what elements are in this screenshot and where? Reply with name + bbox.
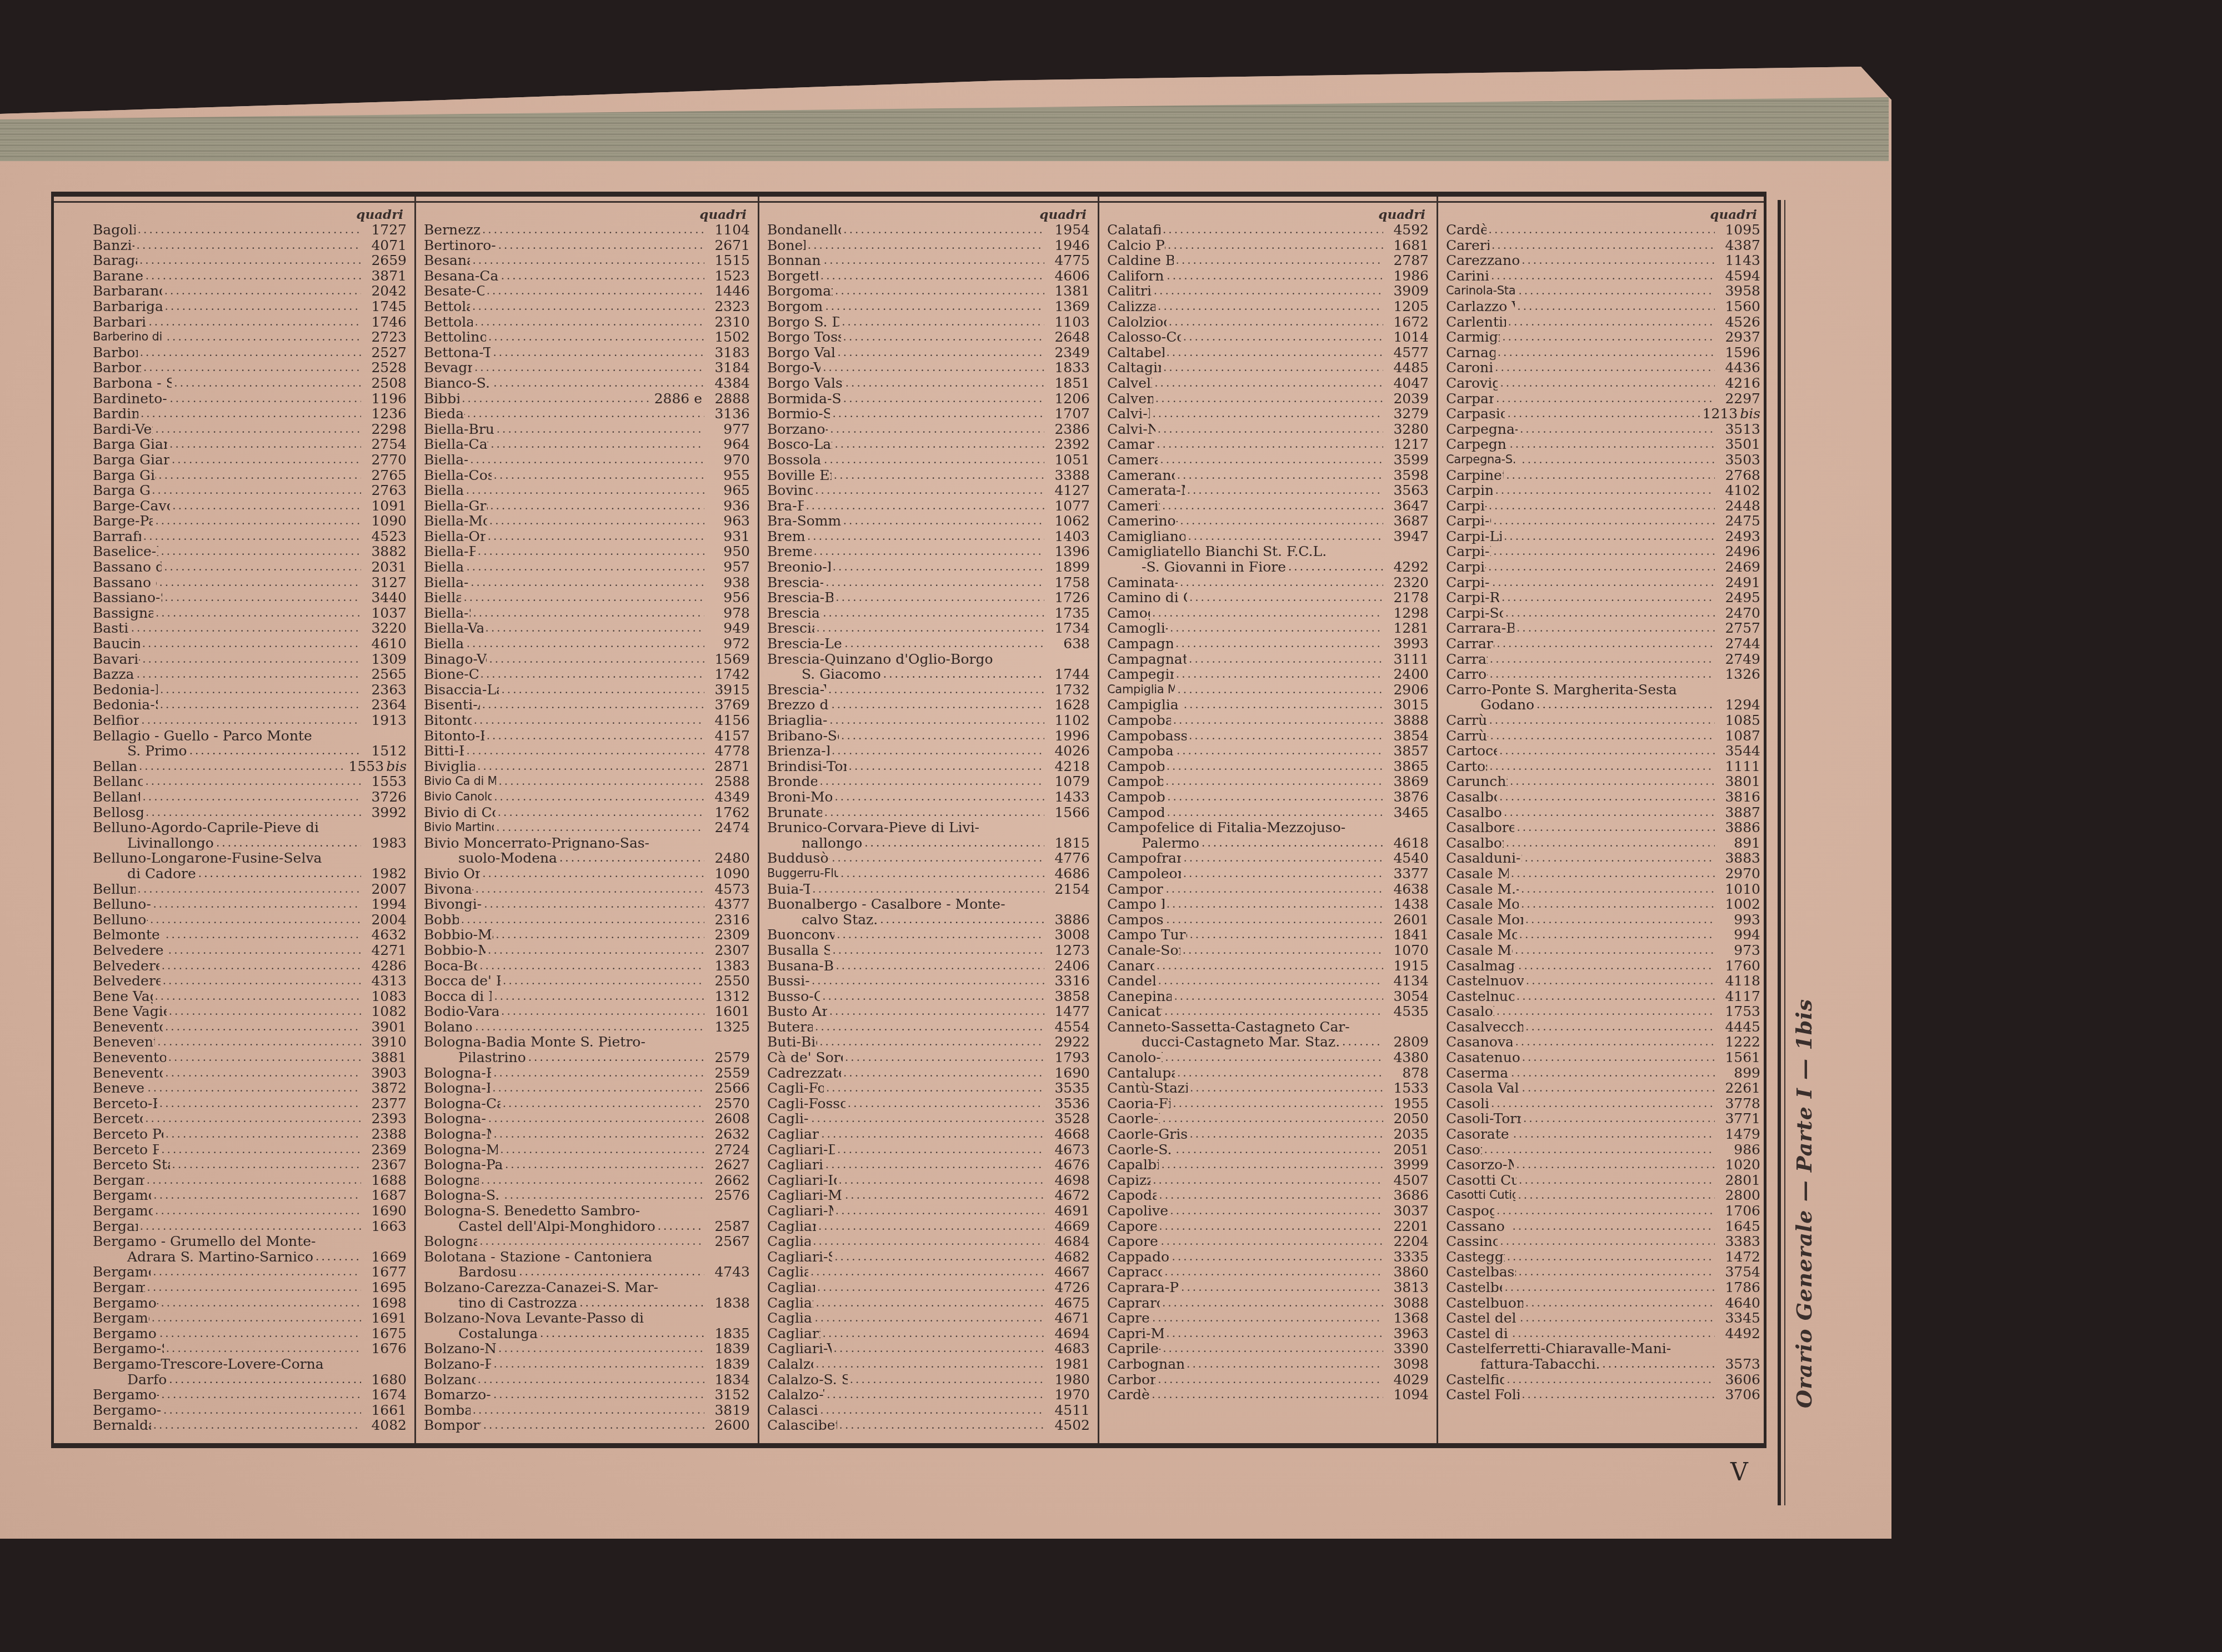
table-number: 3647 [1385, 498, 1429, 514]
table-number: 2364 [363, 697, 407, 713]
leader-dots [1508, 314, 1715, 330]
index-column-3: quadri Bondanello-Gonzaga Stazione1954Bo… [759, 197, 1099, 1443]
index-entry: Carpi-Cavezzo2448 [1446, 498, 1760, 514]
table-number-value: 4540 [1393, 850, 1429, 866]
station-name: Belfiore-Caldiero [93, 713, 139, 728]
leader-dots [501, 268, 704, 284]
leader-dots [473, 605, 704, 621]
table-number: 2470 [1717, 605, 1760, 621]
table-number-value: 1955 [1393, 1095, 1429, 1112]
leader-dots [823, 605, 1044, 621]
index-entry: Brescia-Quinzano d'Oglio-BorgoS. Giacomo… [767, 652, 1090, 682]
leader-dots [486, 620, 704, 636]
table-number: 1661 [363, 1403, 407, 1418]
table-number: 1051 [1047, 452, 1090, 468]
table-number-value: 2937 [1725, 329, 1760, 345]
table-number-value: 1695 [371, 1279, 407, 1295]
leader-dots [808, 238, 1044, 253]
table-number-value: 1515 [714, 252, 750, 268]
table-number-value: 2576 [714, 1187, 750, 1203]
station-name: Bergamo-Selino-Rota Imagna [93, 1341, 164, 1356]
table-number: 2480 [707, 850, 750, 866]
index-entry: Borgo S. Dalmazzo-Entraque1103 [767, 314, 1090, 330]
station-name: Bisaccia-Lacedonia-Rocchetta [424, 682, 499, 698]
station-name: Caronia-Stazione [1446, 360, 1493, 376]
index-entry: Camerano-Ancona3599 [1107, 452, 1429, 468]
table-number-value: 1087 [1725, 728, 1760, 744]
leader-dots [161, 1295, 361, 1311]
station-name: Cassino Alvito-Sora [1446, 1234, 1498, 1249]
leader-dots [1163, 222, 1383, 238]
leader-dots [1499, 789, 1715, 805]
leader-dots [829, 1004, 1044, 1019]
table-number: 4775 [1047, 253, 1090, 268]
table-number: 4592 [1385, 222, 1429, 238]
station-name: Castelbelforte-Verona [1446, 1280, 1502, 1295]
table-number: 1675 [363, 1326, 407, 1341]
leader-dots [482, 866, 704, 882]
station-name: Bitonto-Bitetto-Adelfia [424, 728, 484, 744]
table-number: 1672 [1385, 314, 1429, 330]
table-number-value: 4492 [1725, 1325, 1760, 1341]
index-entry: Bettona-Torgiano-Perugia3183 [424, 345, 750, 361]
station-name: Biella-Pollone [424, 559, 464, 575]
leader-dots [169, 391, 361, 407]
table-number: 3865 [1385, 759, 1429, 774]
index-entry: Capizzi-Cerami4507 [1107, 1173, 1429, 1188]
table-number: 3220 [363, 620, 407, 636]
index-entry: Bergamo-Selino-Rota Imagna1676 [93, 1341, 407, 1356]
table-number-value: 2470 [1725, 605, 1760, 621]
table-number-value: 994 [1734, 927, 1760, 943]
station-name: Canneto-Sassetta-Castagneto Car- [1107, 1019, 1429, 1035]
index-entry: Bobbio-Marsaglia-Ruffinati2309 [424, 927, 750, 943]
station-name: Carbone-Fardella [1107, 1372, 1155, 1388]
leader-dots [1524, 850, 1715, 866]
index-entry: Carrù-Fossano1085 [1446, 713, 1760, 728]
station-name: Bergamo-Calcio-Chiari [93, 1188, 151, 1203]
index-entry: Berceto Poggio-Fornovo Taro2388 [93, 1127, 407, 1142]
index-entry: Campagna-Eboli Stazione3993 [1107, 636, 1429, 652]
table-number: 3184 [707, 360, 750, 376]
table-number-value: 2559 [714, 1065, 750, 1081]
station-name: Bivio Canolo-Bivio Rocca di Neto [424, 789, 492, 805]
station-name: Calatafimi-Stazione [1107, 222, 1160, 238]
table-number-value: 2723 [371, 329, 407, 345]
leader-dots [1183, 850, 1383, 866]
table-number-value: 2297 [1725, 391, 1760, 407]
leader-dots [1504, 529, 1715, 544]
table-number: 2261 [1717, 1080, 1760, 1096]
table-number-value: 1732 [1054, 682, 1090, 698]
table-number: 3726 [363, 789, 407, 805]
table-number: 2662 [707, 1173, 750, 1188]
table-number-value: 1094 [1393, 1386, 1429, 1403]
table-number: 4526 [1717, 314, 1760, 330]
table-number-value: 1726 [1054, 589, 1090, 605]
station-name: Bassiano-Sermoneta-Littoria [93, 590, 162, 605]
station-name: Cagliari-Escalaplano [767, 1157, 823, 1173]
leader-dots [1158, 299, 1383, 314]
table-number: 2749 [1717, 652, 1760, 667]
station-name: Campobasso-Trivento [1107, 789, 1165, 805]
table-number-value: 1403 [1054, 528, 1090, 544]
table-number: 1433 [1047, 789, 1090, 805]
index-entry: Brunico-Corvara-Pieve di Livi-nallongo18… [767, 820, 1090, 850]
station-name: Casalbore-Montecalvo Staz. [1446, 820, 1514, 835]
table-number: 1601 [707, 1004, 750, 1019]
station-name: Barga Giard.-Castelnuovo Garf. [93, 437, 167, 452]
index-column-5: quadri Cardè-Saluzzo1095Careri-Bovalino4… [1438, 197, 1768, 1443]
table-number: 1010 [1717, 882, 1760, 897]
leader-dots [1170, 620, 1383, 636]
table-number-value: 4684 [1054, 1233, 1090, 1249]
station-name: Brescia-Vestone-Tione [767, 682, 826, 698]
table-number: 4676 [1047, 1157, 1090, 1173]
index-entry: Bellante-Stazione3726 [93, 789, 407, 805]
index-entry: Capoliveri-Portoferraio3037 [1107, 1203, 1429, 1219]
index-entry: Butera-Stazione4554 [767, 1019, 1090, 1035]
table-number-value: 2671 [714, 237, 750, 253]
station-name: Campobasso-S. Biase [1107, 759, 1164, 774]
station-name: Carpi-Reggio Emilia [1446, 590, 1499, 605]
table-number: 4071 [363, 238, 407, 253]
table-number-value: 2570 [714, 1095, 750, 1112]
station-name-cont: Adrara S. Martino-Sarnico [127, 1249, 313, 1265]
index-entry: Belvedere Spinello-Crotone4313 [93, 973, 407, 989]
table-number-value: 3054 [1393, 988, 1429, 1004]
table-number: 2559 [707, 1065, 750, 1081]
leader-dots [161, 544, 361, 559]
index-entry: Carrù-Stazione1087 [1446, 728, 1760, 744]
leader-dots [1523, 1111, 1715, 1127]
station-name: Bettolino-Lucino-Melzo [424, 329, 486, 345]
table-number: 2377 [363, 1096, 407, 1112]
index-entry: Camerino-Fabriano3647 [1107, 498, 1429, 514]
table-number: 931 [707, 529, 750, 544]
leader-dots [1525, 912, 1715, 928]
table-number-value: 3503 [1725, 452, 1760, 468]
table-number: 3563 [1385, 483, 1429, 498]
station-name: Casanova Lerrone-Albenga [1446, 1034, 1513, 1050]
table-number: 1707 [1047, 406, 1090, 422]
station-name: Benevento-Montemiletto [93, 1034, 155, 1050]
table-number: 1690 [1047, 1065, 1090, 1081]
leader-dots [832, 943, 1044, 958]
table-number-value: 1681 [1393, 237, 1429, 253]
table-number-value: 4638 [1393, 881, 1429, 897]
index-entry: Buddusò-Pattada-Ozieri4776 [767, 850, 1090, 866]
running-head: Orario Generale — Parte I — 1bis [1791, 999, 1816, 1408]
leader-dots [1492, 238, 1715, 253]
leader-dots [146, 805, 361, 820]
index-entry: Biella-Graglia Santuario936 [424, 498, 750, 514]
leader-dots [479, 1234, 704, 1249]
station-name: Camino di Codroipo-Lonca-Udine [1107, 590, 1187, 605]
station-name: Cagliari-Sardara-Mogoro [767, 1249, 832, 1265]
table-number: 2392 [1047, 437, 1090, 452]
index-entry: Bologna-Molino di Cesare2632 [424, 1127, 750, 1142]
table-number: 3686 [1385, 1188, 1429, 1203]
station-name: Buddusò-Pattada-Ozieri [767, 850, 829, 866]
station-name: Barge-Paesana-Crissolo [93, 513, 153, 529]
station-name-cont: S. Primo [127, 743, 187, 759]
leader-dots [161, 1387, 361, 1403]
index-entry: Carnago-Albizzate1596 [1446, 345, 1760, 361]
table-number-value: 1217 [1393, 436, 1429, 452]
leader-dots [1490, 728, 1715, 744]
leader-dots [838, 345, 1045, 361]
table-number-value: 964 [723, 436, 750, 452]
leader-dots [1522, 1080, 1715, 1096]
station-name: Brindisi-Torre S. Susanna-Erchie [767, 759, 847, 774]
leader-dots [819, 1034, 1044, 1050]
leader-dots [1502, 329, 1715, 345]
table-number-value: 3088 [1393, 1295, 1429, 1311]
leader-dots [811, 1111, 1044, 1127]
table-number: 891 [1717, 835, 1760, 851]
index-entry: Cassino Alvito-Sora3383 [1446, 1234, 1760, 1249]
station-name: Bisenti-Arsita-Penne [424, 697, 480, 713]
station-name: Casalduni-Staz. Ponte Casalduni [1446, 850, 1522, 866]
table-number-value: 4778 [714, 743, 750, 759]
station-name: Borgo-Valle di Sella [767, 360, 820, 376]
table-number: 4026 [1047, 743, 1090, 759]
table-number: 4511 [1047, 1403, 1090, 1418]
table-number: 1669 [363, 1249, 407, 1265]
leader-dots [159, 1096, 361, 1112]
index-entry: Carlazzo Valsolda-Menaggio1560 [1446, 299, 1760, 314]
station-name: Bosco-Langhirano-Parma [767, 437, 832, 452]
station-name: Campagnatico-Civitella-Paganico [1107, 652, 1187, 667]
station-name: Busalla Staz.-Savignone [767, 943, 830, 958]
table-number-value: 3888 [1393, 712, 1429, 728]
table-number-value: 950 [723, 543, 750, 559]
index-entry: Casale Monferrato-Trino Verc.1002 [1446, 897, 1760, 912]
station-name: Bobbio-Mezzano Scotti [424, 943, 486, 958]
index-entry: Cagliari-Idroscalo di Elmas4698 [767, 1173, 1090, 1188]
index-entry: Baucina-Stazione4610 [93, 636, 407, 652]
leader-dots [1164, 1264, 1383, 1280]
table-number: 3901 [363, 1019, 407, 1035]
index-entry: Biella-Brusnengo-Gattinara977 [424, 422, 750, 437]
table-number: 2588 [707, 774, 750, 789]
index-entry: Cartosio-Acqui1111 [1446, 759, 1760, 774]
leader-dots [488, 529, 704, 544]
index-entry: Brescia-Borgosatollo1758 [767, 575, 1090, 590]
index-entry: Brescia-Vestone-Tione1732 [767, 682, 1090, 698]
station-name: Campofelice di Fitalia-Mezzojuso- [1107, 820, 1429, 835]
table-number: 2496 [1717, 544, 1760, 559]
table-number: 957 [707, 559, 750, 575]
station-name: Bergamo-Trescore-Lovere-Corna [93, 1356, 407, 1372]
leader-dots [489, 652, 704, 667]
station-name: Bardi-Vernasca-Fidenza [93, 422, 153, 437]
station-name: Carpegna-Macerata F.-Pesaro [1446, 422, 1518, 437]
table-number-value: 3599 [1393, 452, 1429, 468]
table-number-value: 2307 [714, 942, 750, 958]
table-number: 3054 [1385, 989, 1429, 1004]
leader-dots [472, 299, 704, 314]
index-entry: Borgo Valsugana-Castel Tesino1851 [767, 376, 1090, 391]
index-entry: Bardi-Vernasca-Fidenza2298 [93, 422, 407, 437]
table-number: 2800 [1717, 1188, 1760, 1203]
table-number: 2659 [363, 253, 407, 268]
table-number-value: 4384 [714, 375, 750, 391]
table-number-value: 2261 [1725, 1080, 1760, 1096]
leader-dots [1177, 468, 1383, 483]
table-number-value: 2659 [371, 252, 407, 268]
table-number: 955 [707, 468, 750, 483]
leader-dots [1515, 1034, 1715, 1050]
table-number: 3903 [363, 1065, 407, 1081]
table-number: 1996 [1047, 728, 1090, 744]
table-number: 1077 [1047, 498, 1090, 514]
table-number-value: 1913 [371, 712, 407, 728]
leader-dots [1502, 590, 1715, 605]
station-name: Campofranco-Sutera Stazione [1107, 850, 1181, 866]
table-number: 2448 [1717, 498, 1760, 514]
table-number-value: 4523 [371, 528, 407, 544]
table-number-value: 1010 [1725, 881, 1760, 897]
index-entry: Biella-Pralungo938 [424, 575, 750, 590]
station-name: Carpi-Novellara [1446, 575, 1490, 590]
station-name: Bomarzo-Chia-Colonnetta [424, 1387, 491, 1403]
leader-dots [496, 820, 704, 835]
table-number: 1566 [1047, 805, 1090, 820]
table-number-value: 1102 [1054, 712, 1090, 728]
station-name-continuation: Darfo1680 [93, 1372, 407, 1388]
index-entry: Borgo Val di Taro-Stazione2349 [767, 345, 1090, 361]
station-name-continuation: suolo-Modena2480 [424, 850, 750, 866]
leader-dots [1167, 759, 1383, 774]
leader-dots [815, 483, 1044, 498]
station-name: Bocca de' Ravari-Zocca-Rosola [424, 973, 501, 989]
station-name: Benevento-S. Giorgio Molara [93, 1065, 163, 1081]
index-entry: Barga Giardino-Fornaci di Barga2770 [93, 452, 407, 468]
table-number: 2871 [707, 759, 750, 774]
station-name: Camposanto-Modena [1107, 912, 1164, 928]
table-number-value: 4071 [371, 237, 407, 253]
leader-dots [500, 1142, 704, 1158]
table-number-value: 4675 [1054, 1295, 1090, 1311]
table-number: 994 [1717, 927, 1760, 943]
table-number: 3037 [1385, 1203, 1429, 1219]
station-name: Campiglia Marittima- S. Vincenzo [1107, 682, 1175, 698]
table-number: 2495 [1717, 590, 1760, 605]
station-name: Bribano-Sospirolo-California [767, 728, 839, 744]
table-number-value: 2491 [1725, 574, 1760, 590]
index-entry: Bivio Moncerrato-Prignano-Sas-suolo-Mode… [424, 835, 750, 866]
leader-dots [137, 667, 361, 682]
index-entry: Castel Folignano-Ascoli Piceno3706 [1446, 1387, 1760, 1403]
station-name: Biella-Ronco [424, 590, 461, 605]
table-number: 2757 [1717, 620, 1760, 636]
station-name: Carunchio-Palmoli-Vasto [1446, 774, 1508, 789]
index-entry: Bossolasco-Dogliani1051 [767, 452, 1090, 468]
table-number: 1326 [1717, 667, 1760, 682]
table-number: 1680 [363, 1372, 407, 1388]
table-number-suffix: bis [386, 758, 407, 774]
station-name: Carrara-Massa [1446, 652, 1488, 667]
index-entry: Bazzano-Zocca2565 [93, 667, 407, 682]
table-number: 2787 [1385, 253, 1429, 268]
leader-dots [1163, 360, 1383, 376]
index-entry: Bormida-S. Giuseppe di Cairo1206 [767, 391, 1090, 407]
station-name: Castel del Monte-Ofena-Bussi [1446, 1310, 1518, 1326]
table-number-value: 3544 [1725, 743, 1760, 759]
table-number-value: 3465 [1393, 804, 1429, 820]
table-number: 1438 [1385, 897, 1429, 912]
table-number: 4618 [1385, 835, 1429, 851]
table-number: 3335 [1385, 1249, 1429, 1265]
station-name: Bergamo-Trescore-Sarnico [93, 1387, 159, 1403]
index-entry: Belmonte Mezzagno-Palermo4632 [93, 927, 407, 943]
table-number-value: 4669 [1054, 1218, 1090, 1234]
table-number: 2801 [1717, 1173, 1760, 1188]
leader-dots [153, 1188, 361, 1203]
table-number-value: 1369 [1054, 298, 1090, 314]
table-number-value: 3876 [1393, 789, 1429, 805]
index-entry: Broni-Mornico-Casteggio1433 [767, 789, 1090, 805]
station-name-cont: Livinallongo [127, 835, 214, 851]
table-number-value: 2051 [1393, 1142, 1429, 1158]
table-number-value: 4554 [1054, 1019, 1090, 1035]
station-name: Belluno-Tambre-Broz [93, 912, 148, 928]
leader-dots [837, 1142, 1044, 1158]
station-name-cont: Godano [1480, 697, 1534, 713]
station-name-continuation: Adrara S. Martino-Sarnico1669 [93, 1249, 407, 1265]
table-number: 4047 [1385, 376, 1429, 391]
leader-dots [1176, 667, 1383, 682]
table-number-value: 2386 [1054, 421, 1090, 437]
leader-dots [131, 620, 361, 636]
table-number-value: 3901 [371, 1019, 407, 1035]
table-number: 1663 [363, 1219, 407, 1234]
table-number: 973 [1717, 943, 1760, 958]
station-name: Bergamo-Selino-Locatello [93, 1326, 157, 1341]
leader-dots [834, 437, 1044, 452]
index-entry: Cappadocia-Tagliacozzo3335 [1107, 1249, 1429, 1265]
table-number: 4573 [707, 882, 750, 897]
index-entry: Bettola-Morfasso2310 [424, 314, 750, 330]
table-number: 3388 [1047, 468, 1090, 483]
index-entry: Bettola-Ferriere2323 [424, 299, 750, 314]
index-entry: Casanova Lerrone-Albenga1222 [1446, 1034, 1760, 1050]
leader-dots [814, 1310, 1044, 1326]
leader-dots [835, 958, 1044, 974]
station-name: Casale Monf.-Ottiglio - Moncalvo [1446, 912, 1523, 928]
station-name: Cagliari-Sestu [767, 1264, 808, 1280]
station-name: Cartosio-Acqui [1446, 759, 1487, 774]
table-number: 1698 [363, 1295, 407, 1311]
index-entry: Bassignana-Alessandria1037 [93, 605, 407, 621]
station-name: Bologna-Bazzano-Savigno [424, 1065, 491, 1081]
table-number: 2970 [1717, 866, 1760, 882]
leader-dots [467, 636, 704, 652]
leader-dots [1169, 314, 1383, 330]
leader-dots [477, 759, 704, 774]
table-number-value: 2787 [1393, 252, 1429, 268]
leader-dots [1495, 360, 1715, 376]
index-entry: Carrara-Massa2749 [1446, 652, 1760, 667]
table-number-value: 3152 [714, 1386, 750, 1403]
table-number-value: 4577 [1393, 344, 1429, 361]
index-entry: Carpi-Mirandola2496 [1446, 544, 1760, 559]
leader-dots [843, 329, 1044, 345]
leader-dots [1170, 1203, 1383, 1219]
station-name: Borgomanero-Borgosesia [767, 283, 833, 299]
